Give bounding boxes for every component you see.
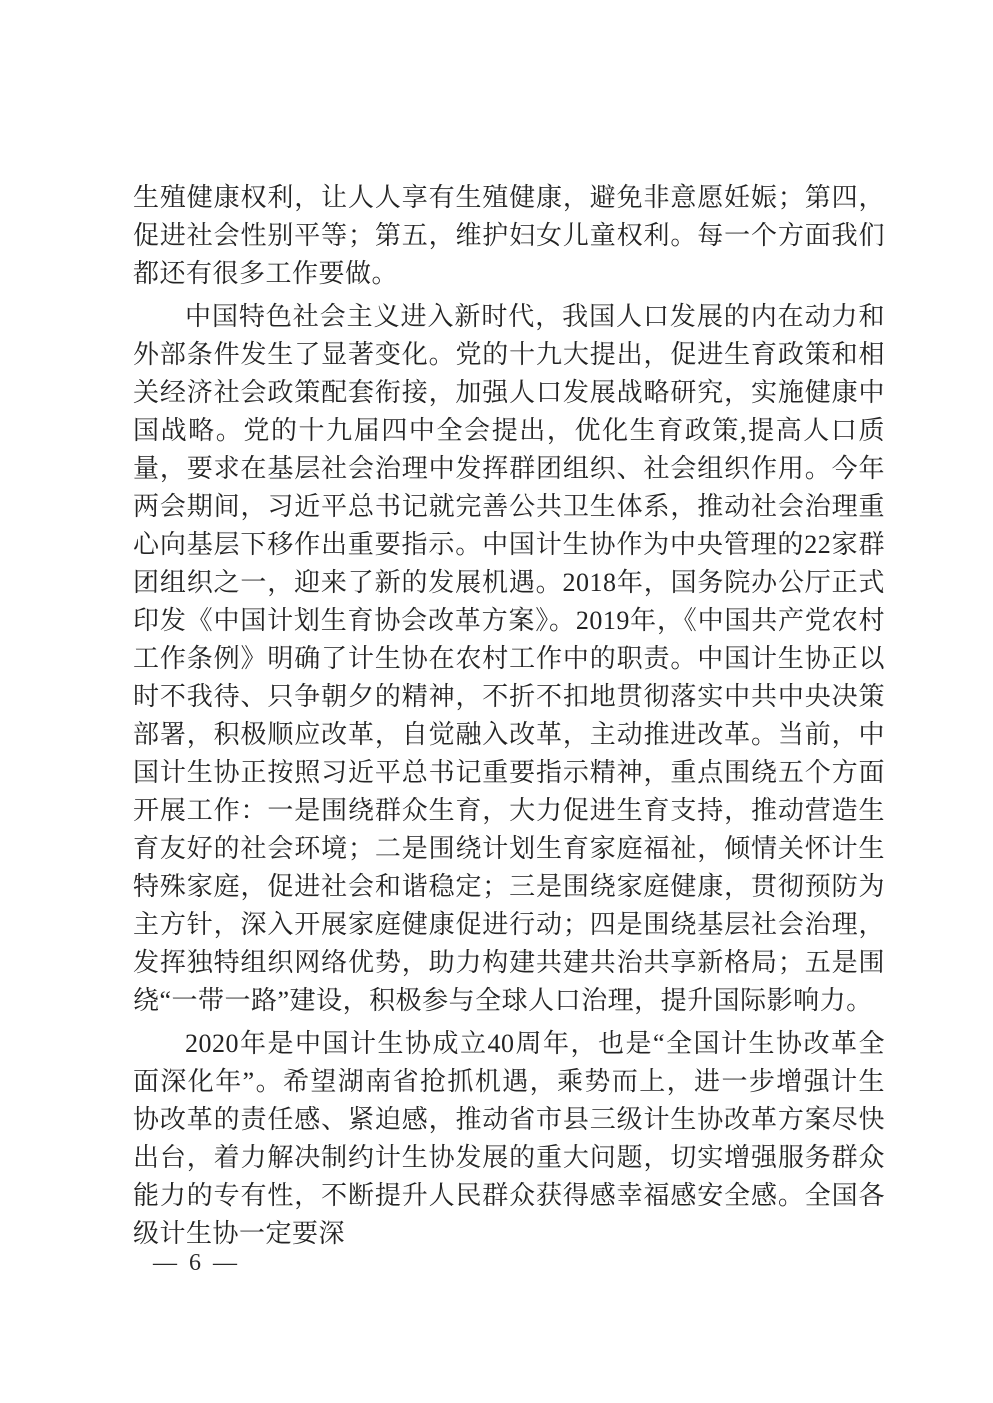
paragraph-continuation: 生殖健康权利，让人人享有生殖健康，避免非意愿妊娠；第四，促进社会性别平等；第五，…: [133, 179, 885, 293]
document-body: 生殖健康权利，让人人享有生殖健康，避免非意愿妊娠；第四，促进社会性别平等；第五，…: [133, 179, 885, 1258]
paragraph-3: 2020年是中国计生协成立40周年，也是“全国计生协改革全面深化年”。希望湖南省…: [133, 1025, 885, 1253]
page-number: — 6 —: [153, 1250, 240, 1276]
page-footer: — 6 —: [153, 1250, 240, 1277]
paragraph-2: 中国特色社会主义进入新时代，我国人口发展的内在动力和外部条件发生了显著变化。党的…: [133, 298, 885, 1020]
document-page: 生殖健康权利，让人人享有生殖健康，避免非意愿妊娠；第四，促进社会性别平等；第五，…: [0, 0, 993, 1403]
